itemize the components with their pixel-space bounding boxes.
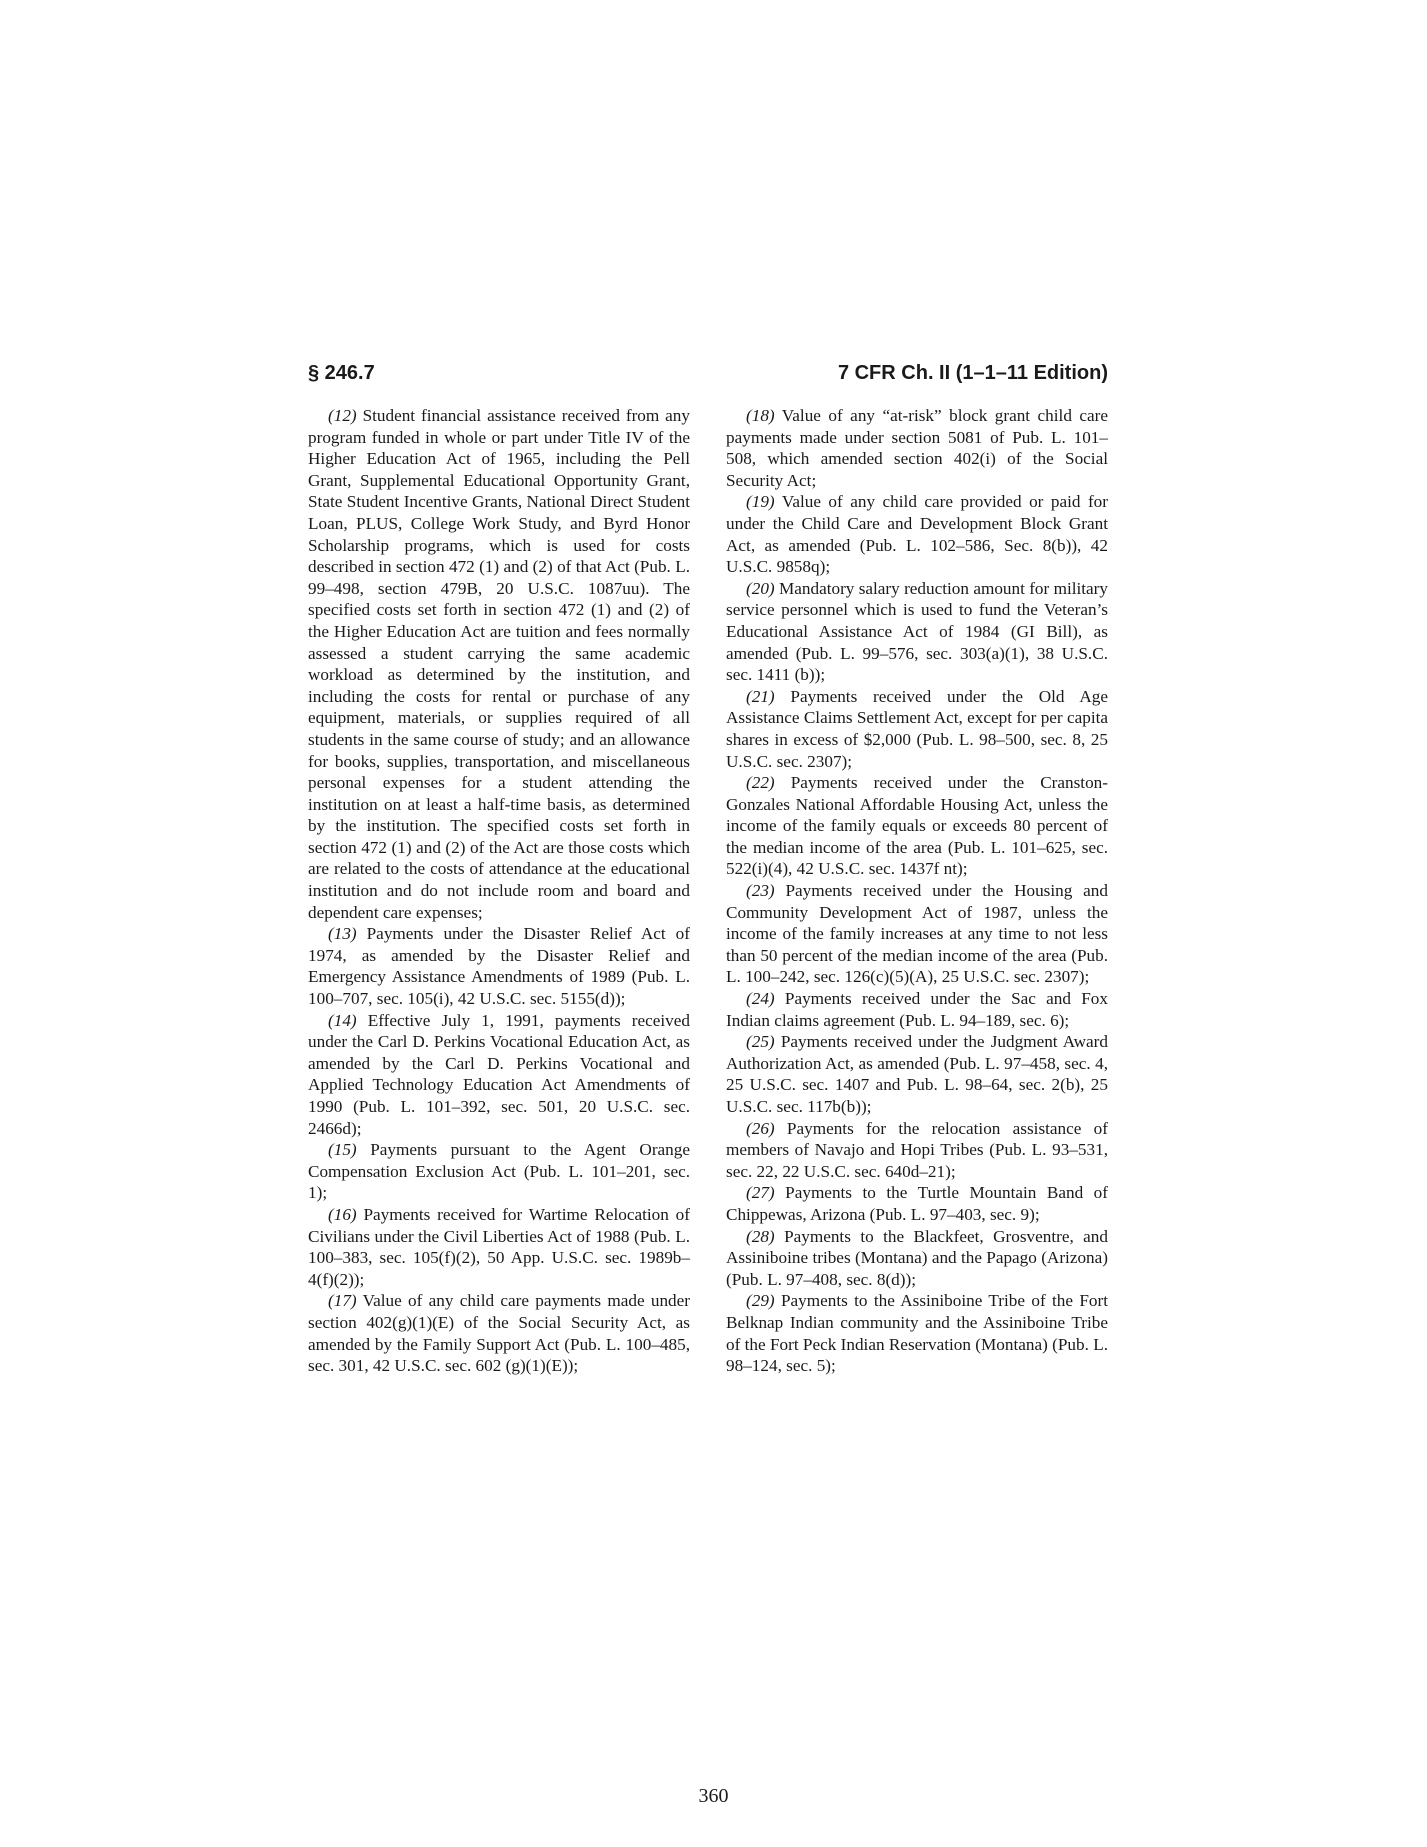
section-number: § 246.7: [308, 362, 375, 385]
paragraph-22: (22) Payments received under the Cransto…: [726, 772, 1108, 880]
paragraph-29: (29) Payments to the Assiniboine Tribe o…: [726, 1290, 1108, 1376]
paragraph-19: (19) Value of any child care provided or…: [726, 491, 1108, 577]
paragraph-24: (24) Payments received under the Sac and…: [726, 988, 1108, 1031]
running-head: § 246.7 7 CFR Ch. II (1–1–11 Edition): [308, 362, 1108, 392]
right-column: (18) Value of any “at-risk” block grant …: [726, 405, 1108, 1377]
paragraph-26: (26) Payments for the relocation assista…: [726, 1118, 1108, 1183]
cfr-title: 7 CFR Ch. II (1–1–11 Edition): [838, 362, 1108, 385]
paragraph-13: (13) Payments under the Disaster Relief …: [308, 923, 690, 1009]
paragraph-18: (18) Value of any “at-risk” block grant …: [726, 405, 1108, 491]
paragraph-23: (23) Payments received under the Housing…: [726, 880, 1108, 988]
paragraph-28: (28) Payments to the Blackfeet, Grosvent…: [726, 1226, 1108, 1291]
paragraph-16: (16) Payments received for Wartime Reloc…: [308, 1204, 690, 1290]
paragraph-25: (25) Payments received under the Judgmen…: [726, 1031, 1108, 1117]
paragraph-14: (14) Effective July 1, 1991, payments re…: [308, 1010, 690, 1140]
paragraph-20: (20) Mandatory salary reduction amount f…: [726, 578, 1108, 686]
document-page: § 246.7 7 CFR Ch. II (1–1–11 Edition) (1…: [0, 0, 1427, 1847]
page-number: 360: [0, 1785, 1427, 1808]
paragraph-17: (17) Value of any child care payments ma…: [308, 1290, 690, 1376]
paragraph-15: (15) Payments pursuant to the Agent Oran…: [308, 1139, 690, 1204]
paragraph-27: (27) Payments to the Turtle Mountain Ban…: [726, 1182, 1108, 1225]
paragraph-12: (12) Student financial assistance receiv…: [308, 405, 690, 923]
left-column: (12) Student financial assistance receiv…: [308, 405, 690, 1377]
paragraph-21: (21) Payments received under the Old Age…: [726, 686, 1108, 772]
